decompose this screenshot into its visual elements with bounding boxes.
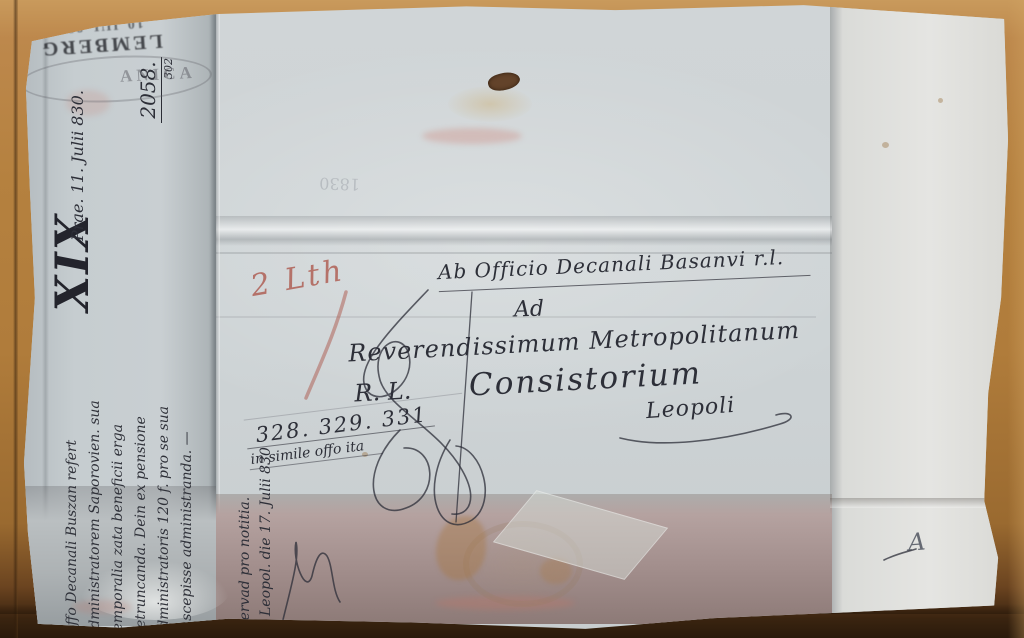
wax-seal-remnant — [463, 521, 583, 607]
paper-tear-hole — [486, 69, 521, 93]
folded-letter: XIX Prae. 11. Julii 830. 2058. 302 Offo … — [20, 0, 1012, 634]
red-smudge — [435, 596, 575, 610]
bottom-fold-shadow — [216, 494, 832, 624]
red-smudge — [422, 128, 522, 144]
docket-line: detruncanda. Dein ex pensione — [130, 303, 153, 637]
docket-line: temporalia zata beneficii erga — [107, 303, 130, 637]
address-city: Leopoli — [645, 393, 736, 424]
docket-line: administratorem Saporovien. sua — [84, 303, 107, 637]
oval-stamp-text: ANICA — [120, 63, 197, 87]
pencil-note: 1830 — [300, 173, 361, 194]
wood-plank-seam — [13, 0, 18, 638]
address-ad: Ad — [514, 296, 545, 322]
address-sender-line: Ab Officio Decanali Basanvi r.l. — [437, 244, 810, 292]
tape-remnant — [493, 490, 668, 580]
wood-highlight — [1008, 0, 1024, 638]
seal-stain — [540, 558, 572, 584]
red-crayon-stroke — [306, 292, 346, 398]
docket-line: suscepisse administranda. — — [176, 303, 199, 637]
bottom-fold-crease — [830, 498, 1012, 508]
red-crayon-rate-marking: 2 Lth — [248, 247, 382, 304]
fox-spot — [882, 142, 889, 148]
seal-stain — [436, 516, 486, 580]
docket-line: administratoris 120 f. pro se sua — [153, 303, 176, 637]
photo-of-folded-letter: { "scene": { "description": "Photograph … — [0, 0, 1024, 638]
vertical-crease — [210, 0, 220, 634]
tan-stain — [448, 86, 532, 122]
horizontal-crease — [216, 216, 832, 246]
signature-w — [282, 542, 340, 624]
paraph-loop-right — [434, 440, 485, 525]
pencil-monogram: A — [907, 527, 926, 556]
docket-line: Offo Decanali Buszan refert — [61, 303, 84, 637]
fox-spot — [938, 98, 943, 103]
address-consistorium: Consistorium — [468, 355, 703, 403]
docket-summary-text: Offo Decanali Buszan refert administrato… — [61, 303, 201, 637]
